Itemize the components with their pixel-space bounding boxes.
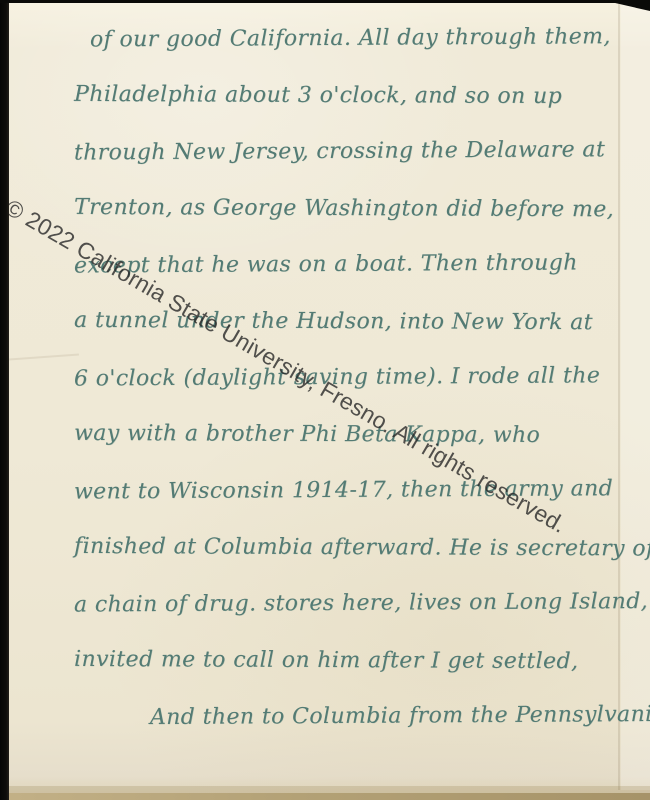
handwritten-line: Philadelphia about 3 o'clock, and so on … [0, 81, 646, 140]
page-bottom-edge [9, 793, 650, 800]
handwritten-line: a chain of drug. stores here, lives on L… [0, 589, 646, 649]
handwritten-line: way with a brother Phi Beta Kappa, who [0, 420, 646, 479]
handwritten-line: of our good California. All day through … [0, 24, 646, 84]
scan-edge-left [0, 0, 9, 800]
handwritten-line: finished at Columbia afterward. He is se… [0, 533, 646, 592]
handwritten-line: And then to Columbia from the Pennsylvan… [0, 702, 646, 762]
handwritten-line: invited me to call on him after I get se… [0, 646, 646, 705]
handwritten-line: a tunnel under the Hudson, into New York… [0, 307, 646, 366]
scanned-letter-page: of our good California. All day through … [0, 0, 650, 800]
page-bottom-shadow [9, 786, 650, 793]
handwritten-line: through New Jersey, crossing the Delawar… [0, 137, 646, 197]
scan-edge-top [0, 0, 650, 3]
